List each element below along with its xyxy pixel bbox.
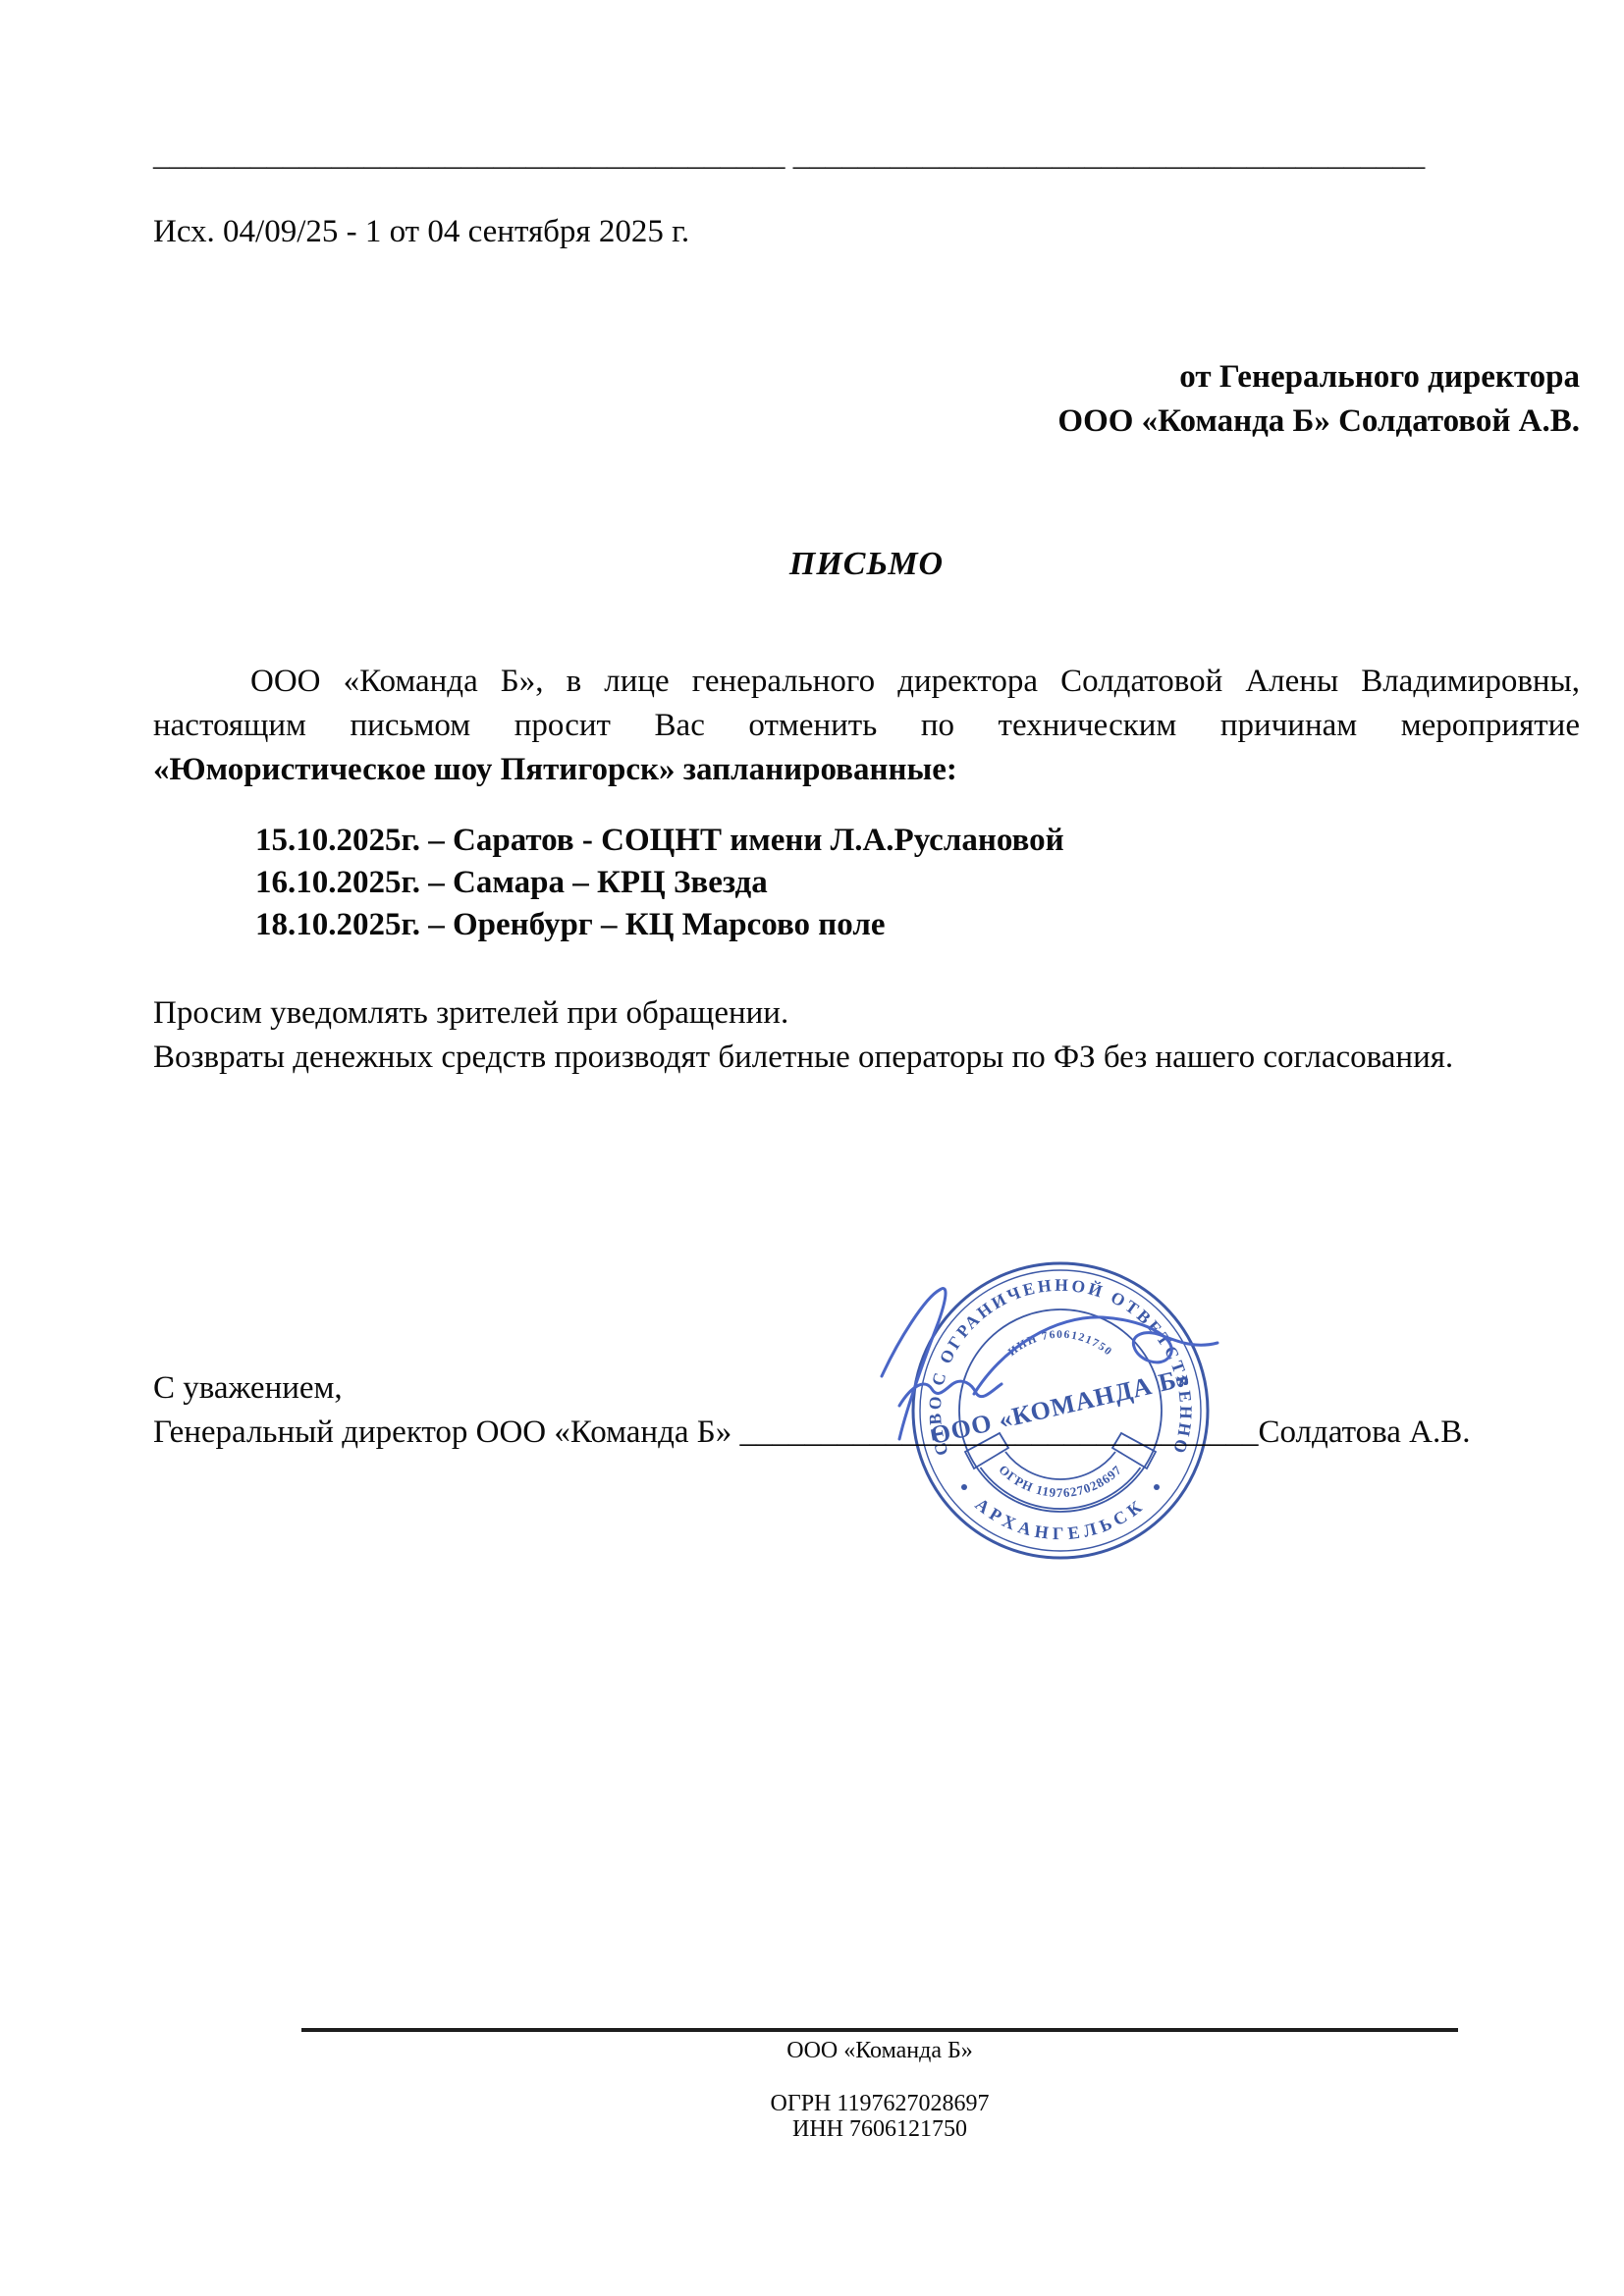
cancelled-events-list: 15.10.2025г. – Саратов - СОЦНТ имени Л.А… xyxy=(255,820,1064,946)
event-item: 15.10.2025г. – Саратов - СОЦНТ имени Л.А… xyxy=(255,820,1064,862)
event-item: 16.10.2025г. – Самара – КРЦ Звезда xyxy=(255,862,1064,904)
stamp-company-name: ООО «КОМАНДА Б» xyxy=(928,1362,1193,1450)
company-stamp: ОБЩЕСТВО С ОГРАНИЧЕННОЙ ОТВЕТСТВЕННОСТЬЮ… xyxy=(854,1247,1267,1580)
paragraph-line: ООО «Команда Б», в лице генерального дир… xyxy=(153,660,1580,704)
body-paragraph: ООО «Команда Б», в лице генерального дир… xyxy=(153,660,1580,792)
document-title: ПИСЬМО xyxy=(153,546,1580,583)
signature-line-suffix: Солдатова А.В. xyxy=(1258,1415,1470,1450)
notes-block: Просим уведомлять зрителей при обращении… xyxy=(153,991,1580,1080)
letter-document: _______________________________________ … xyxy=(0,0,1624,2296)
footer-inn: ИНН 7606121750 xyxy=(301,2116,1458,2142)
top-rule: _______________________________________ … xyxy=(153,137,1425,174)
ribbon-right-cap xyxy=(1112,1433,1156,1468)
addressee-block: от Генерального директора ООО «Команда Б… xyxy=(153,355,1580,444)
addressee-line-1: от Генерального директора xyxy=(153,355,1580,400)
reference-number-line: Исх. 04/09/25 - 1 от 04 сентября 2025 г. xyxy=(153,214,689,250)
paragraph-line-bold: «Юмористическое шоу Пятигорск» запланиро… xyxy=(153,748,1580,792)
note-line: Просим уведомлять зрителей при обращении… xyxy=(153,991,1580,1036)
footer-rule xyxy=(301,2028,1458,2032)
footer-block: ООО «Команда Б» ОГРН 1197627028697 ИНН 7… xyxy=(301,2038,1458,2142)
footer-ogrn: ОГРН 1197627028697 xyxy=(301,2091,1458,2116)
stamp-ogrn-text: ОГРН 1197627028697 xyxy=(996,1462,1124,1500)
signature-line-prefix: Генеральный директор ООО «Команда Б» xyxy=(153,1415,739,1450)
stamp-dot-left xyxy=(961,1484,967,1490)
footer-company-name: ООО «Команда Б» xyxy=(301,2038,1458,2063)
paragraph-line: настоящим письмом просит Вас отменить по… xyxy=(153,704,1580,748)
event-item: 18.10.2025г. – Оренбург – КЦ Марсово пол… xyxy=(255,904,1064,946)
addressee-line-2: ООО «Команда Б» Солдатовой А.В. xyxy=(153,400,1580,444)
stamp-dot-right xyxy=(1154,1484,1160,1490)
note-line: Возвраты денежных средств производят бил… xyxy=(153,1036,1580,1080)
